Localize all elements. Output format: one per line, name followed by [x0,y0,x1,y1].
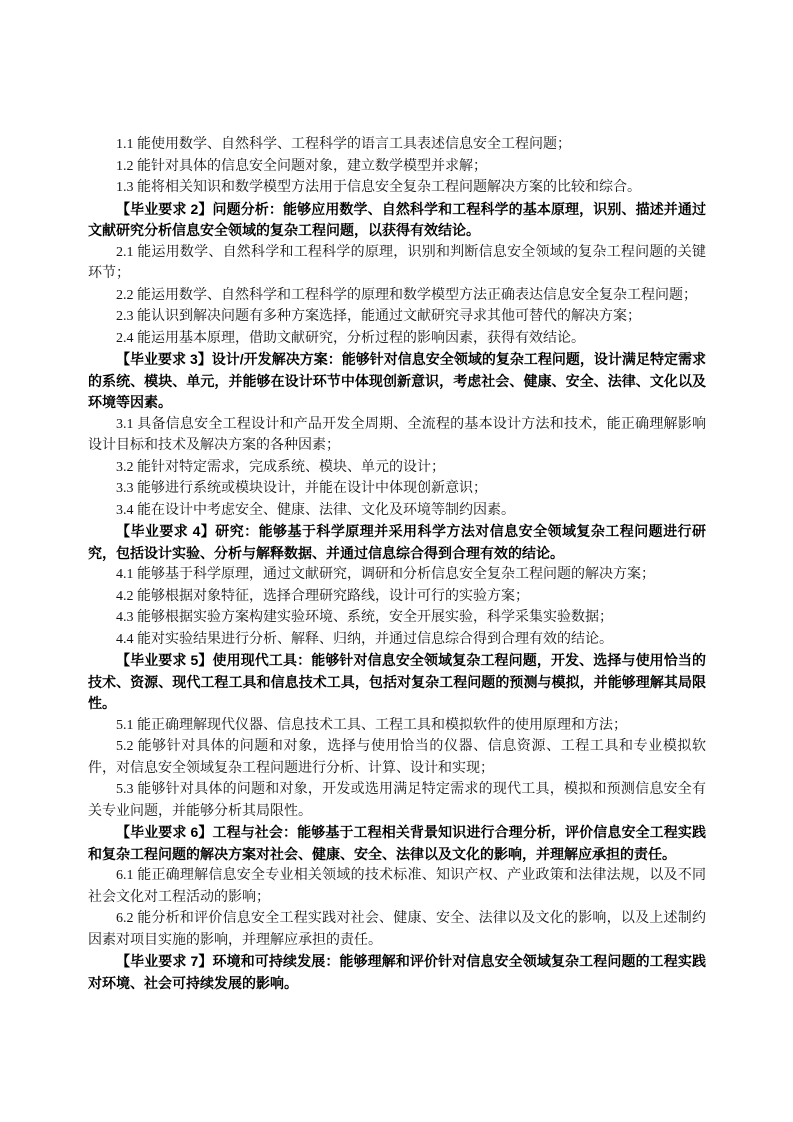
item-5-2: 5.2 能够针对具体的问题和对象，选择与使用恰当的仪器、信息资源、工程工具和专业… [88,736,706,779]
item-6-2: 6.2 能分析和评价信息安全工程实践对社会、健康、安全、法律以及文化的影响，以及… [88,908,706,951]
item-1-3: 1.3 能将相关知识和数学模型方法用于信息安全复杂工程问题解决方案的比较和综合。 [88,177,706,199]
item-1-1: 1.1 能使用数学、自然科学、工程科学的语言工具表述信息安全工程问题； [88,134,706,156]
item-2-3: 2.3 能认识到解决问题有多种方案选择，能通过文献研究寻求其他可替代的解决方案； [88,306,706,328]
heading-requirement-7: 【毕业要求 7】环境和可持续发展：能够理解和评价针对信息安全领域复杂工程问题的工… [88,951,706,994]
item-2-4: 2.4 能运用基本原理，借助文献研究，分析过程的影响因素，获得有效结论。 [88,328,706,350]
item-2-1: 2.1 能运用数学、自然科学和工程科学的原理，识别和判断信息安全领域的复杂工程问… [88,242,706,285]
item-5-3: 5.3 能够针对具体的问题和对象，开发或选用满足特定需求的现代工具，模拟和预测信… [88,779,706,822]
item-6-1: 6.1 能正确理解信息安全专业相关领域的技术标准、知识产权、产业政策和法律法规，… [88,865,706,908]
item-3-1: 3.1 具备信息安全工程设计和产品开发全周期、全流程的基本设计方法和技术，能正确… [88,414,706,457]
heading-requirement-2: 【毕业要求 2】问题分析：能够应用数学、自然科学和工程科学的基本原理，识别、描述… [88,199,706,242]
item-4-3: 4.3 能够根据实验方案构建实验环境、系统，安全开展实验，科学采集实验数据； [88,607,706,629]
item-3-4: 3.4 能在设计中考虑安全、健康、法律、文化及环境等制约因素。 [88,500,706,522]
heading-requirement-6: 【毕业要求 6】工程与社会：能够基于工程相关背景知识进行合理分析，评价信息安全工… [88,822,706,865]
item-4-1: 4.1 能够基于科学原理，通过文献研究，调研和分析信息安全复杂工程问题的解决方案… [88,564,706,586]
item-4-4: 4.4 能对实验结果进行分析、解释、归纳，并通过信息综合得到合理有效的结论。 [88,629,706,651]
item-4-2: 4.2 能够根据对象特征，选择合理研究路线，设计可行的实验方案； [88,586,706,608]
document-page: 1.1 能使用数学、自然科学、工程科学的语言工具表述信息安全工程问题； 1.2 … [0,0,793,1122]
item-2-2: 2.2 能运用数学、自然科学和工程科学的原理和数学模型方法正确表达信息安全复杂工… [88,285,706,307]
item-3-3: 3.3 能够进行系统或模块设计，并能在设计中体现创新意识； [88,478,706,500]
item-3-2: 3.2 能针对特定需求，完成系统、模块、单元的设计； [88,457,706,479]
item-5-1: 5.1 能正确理解现代仪器、信息技术工具、工程工具和模拟软件的使用原理和方法； [88,715,706,737]
document-body: 1.1 能使用数学、自然科学、工程科学的语言工具表述信息安全工程问题； 1.2 … [88,134,706,994]
item-1-2: 1.2 能针对具体的信息安全问题对象，建立数学模型并求解； [88,156,706,178]
heading-requirement-5: 【毕业要求 5】使用现代工具：能够针对信息安全领域复杂工程问题，开发、选择与使用… [88,650,706,715]
heading-requirement-3: 【毕业要求 3】设计/开发解决方案：能够针对信息安全领域的复杂工程问题，设计满足… [88,349,706,414]
heading-requirement-4: 【毕业要求 4】研究：能够基于科学原理并采用科学方法对信息安全领域复杂工程问题进… [88,521,706,564]
